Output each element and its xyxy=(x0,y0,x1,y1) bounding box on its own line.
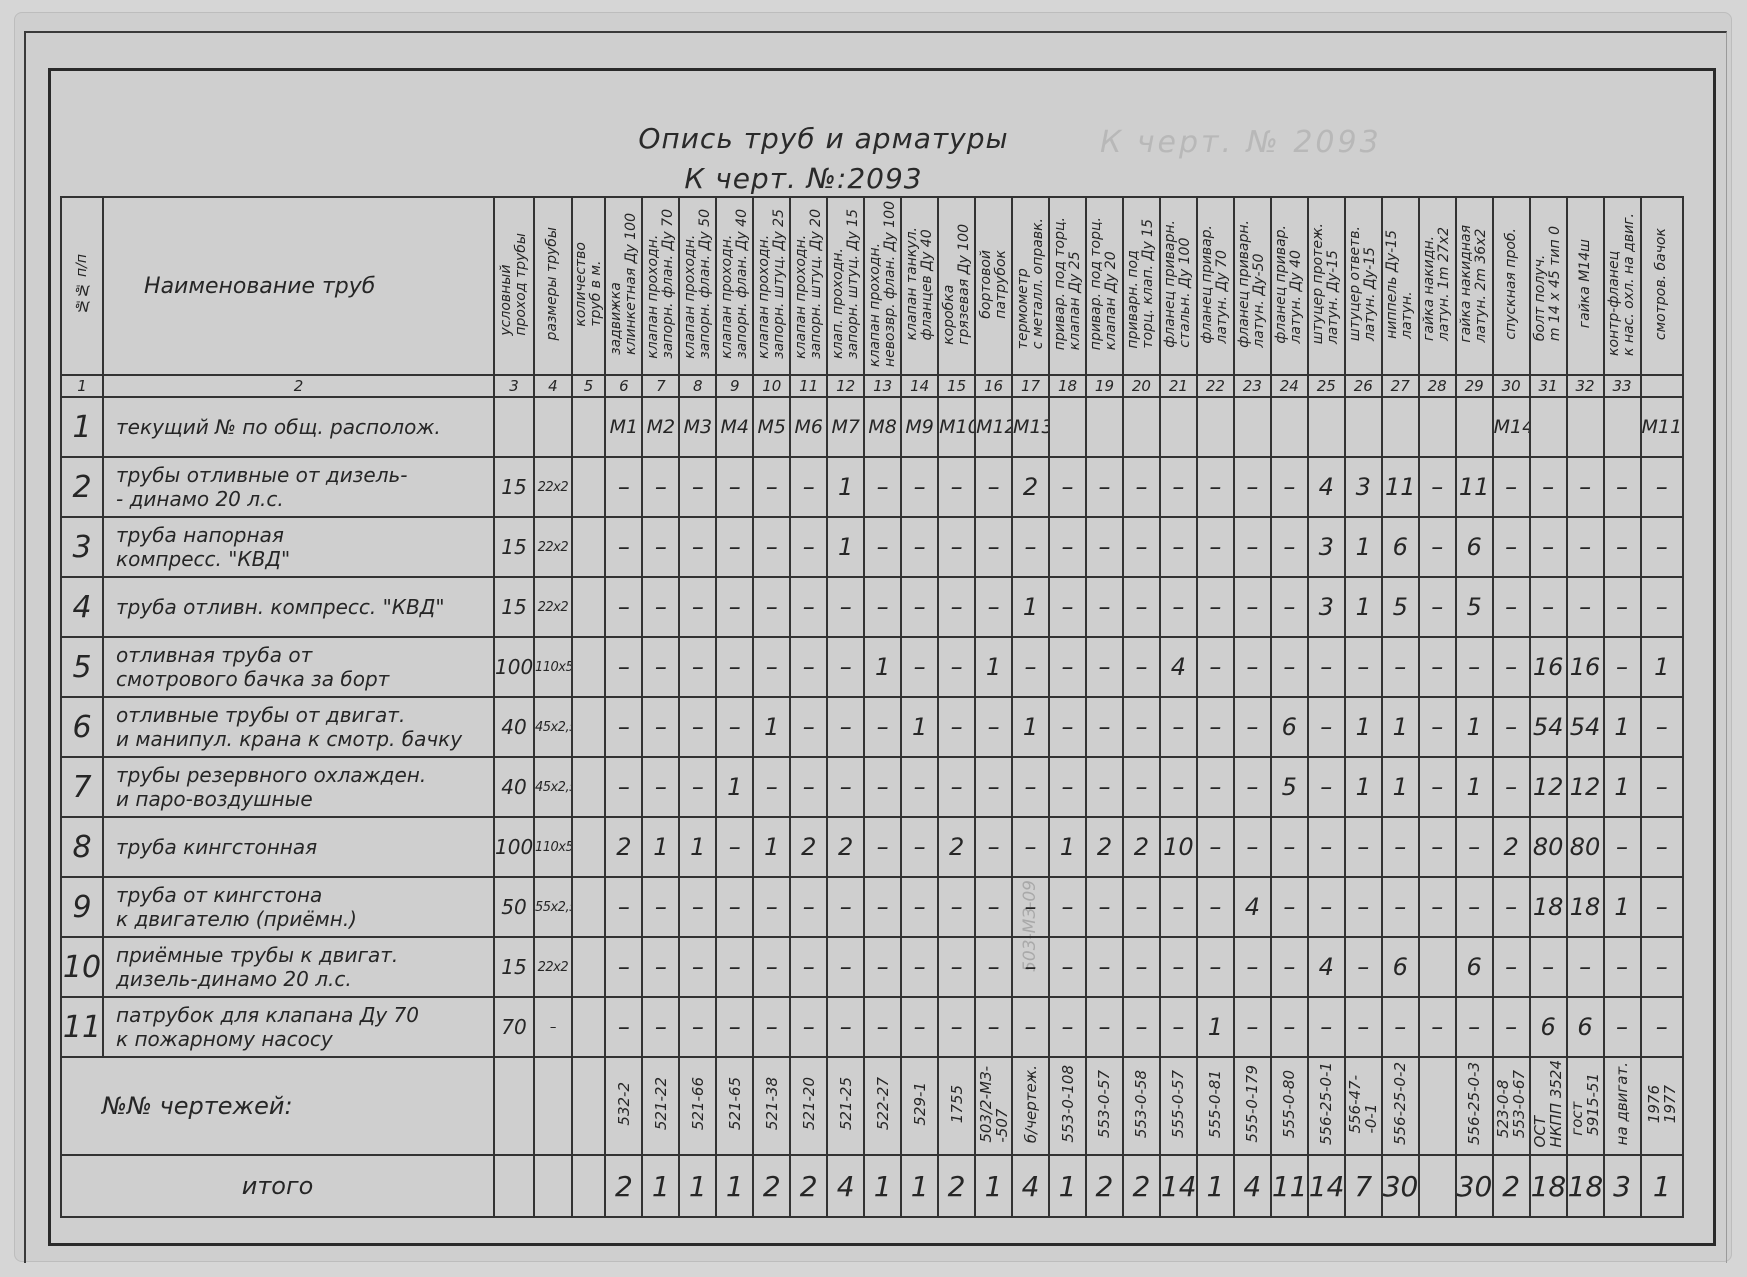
quantity-cell: 1 xyxy=(1012,697,1049,757)
quantity-cell: – xyxy=(716,817,753,877)
quantity-cell: – xyxy=(975,577,1012,637)
quantity-cell xyxy=(1456,397,1493,457)
vertical-header-text: ОСТ НКПП 3524 xyxy=(1532,1060,1564,1147)
total-cell: 14 xyxy=(1308,1155,1345,1217)
quantity-cell: – xyxy=(1012,757,1049,817)
quantity-cell: – xyxy=(864,937,901,997)
quantity-cell: – xyxy=(1123,457,1160,517)
pipe-length xyxy=(572,577,606,637)
quantity-cell: – xyxy=(938,877,975,937)
quantity-cell: – xyxy=(1086,997,1123,1057)
quantity-cell: M10 xyxy=(938,397,975,457)
nominal-bore: 40 xyxy=(494,697,534,757)
column-number: 16 xyxy=(975,375,1012,397)
drawing-number-cell: 553-0-108 xyxy=(1049,1057,1086,1155)
quantity-cell: – xyxy=(1049,637,1086,697)
quantity-cell: – xyxy=(1123,757,1160,817)
header-column: клапан проходн. запорн. штуц. Ду 25 xyxy=(753,197,790,375)
quantity-cell: – xyxy=(1012,877,1049,937)
table-row: 2трубы отливные от дизель- - динамо 20 л… xyxy=(61,457,1683,517)
header-column: клапан проходн. запорн. штуц. Ду 20 xyxy=(790,197,827,375)
quantity-cell: 80 xyxy=(1567,817,1604,877)
drawing-number-cell: 556-25-0-3 xyxy=(1456,1057,1493,1155)
quantity-cell xyxy=(1234,397,1271,457)
quantity-cell: – xyxy=(790,697,827,757)
quantity-cell: – xyxy=(605,577,642,637)
quantity-cell: – xyxy=(1086,637,1123,697)
vertical-header-text: 521-38 xyxy=(764,1077,780,1130)
vertical-header-text: гост 5915-51 xyxy=(1569,1073,1601,1136)
quantity-cell: – xyxy=(1197,877,1234,937)
quantity-cell: – xyxy=(1308,877,1345,937)
quantity-cell xyxy=(1567,397,1604,457)
quantity-cell xyxy=(1123,397,1160,457)
row-name: труба отливн. компресс. "КВД" xyxy=(103,577,494,637)
quantity-cell: – xyxy=(975,997,1012,1057)
vertical-header-text: привар. под торц. клапан Ду 25 xyxy=(1053,217,1083,350)
quantity-cell: – xyxy=(1197,457,1234,517)
quantity-cell: – xyxy=(1419,997,1456,1057)
vertical-header-text: б/чертеж. xyxy=(1023,1065,1039,1143)
column-number: 27 xyxy=(1382,375,1419,397)
vertical-header-text: бортовой патрубок xyxy=(979,250,1009,319)
quantity-cell xyxy=(1197,397,1234,457)
quantity-cell: 1 xyxy=(1604,697,1641,757)
quantity-cell: 1 xyxy=(1604,877,1641,937)
quantity-cell: – xyxy=(679,877,716,937)
quantity-cell: – xyxy=(605,877,642,937)
quantity-cell: – xyxy=(827,697,864,757)
drawing-number-cell: 555-0-57 xyxy=(1160,1057,1197,1155)
vertical-header-text: количество труб в м. xyxy=(574,242,604,327)
quantity-cell: – xyxy=(901,937,938,997)
vertical-header-text: смотров. бачок xyxy=(1654,228,1669,340)
quantity-cell: – xyxy=(901,757,938,817)
column-number: 28 xyxy=(1419,375,1456,397)
quantity-cell: 18 xyxy=(1567,877,1604,937)
header-column: гайка М14ш xyxy=(1567,197,1604,375)
quantity-cell: – xyxy=(901,817,938,877)
row-number: 3 xyxy=(61,517,103,577)
drawing-number-cell xyxy=(1419,1057,1456,1155)
quantity-cell: – xyxy=(1049,877,1086,937)
header-column: гайка накидная латун. 2m 36x2 xyxy=(1456,197,1493,375)
quantity-cell: – xyxy=(827,937,864,997)
quantity-cell: – xyxy=(1382,997,1419,1057)
quantity-cell: – xyxy=(1271,937,1308,997)
vertical-header-text: фланец привар. латун. Ду 70 xyxy=(1200,225,1230,344)
quantity-cell: – xyxy=(1567,937,1604,997)
header-column: условный проход трубы xyxy=(494,197,534,375)
column-number: 2 xyxy=(103,375,494,397)
total-cell: 2 xyxy=(753,1155,790,1217)
vertical-header-text: 555-0-81 xyxy=(1207,1070,1223,1138)
vertical-header-text: клапан танкул. фланцев Ду 40 xyxy=(905,227,935,340)
quantity-cell: 1 xyxy=(1049,817,1086,877)
quantity-cell: – xyxy=(679,757,716,817)
quantity-cell: – xyxy=(1530,577,1567,637)
quantity-cell xyxy=(1604,397,1641,457)
row-number: 1 xyxy=(61,397,103,457)
quantity-cell: – xyxy=(790,997,827,1057)
quantity-cell xyxy=(1419,937,1456,997)
vertical-header-text: 521-20 xyxy=(801,1077,817,1130)
quantity-cell: 3 xyxy=(1308,577,1345,637)
quantity-cell: – xyxy=(1160,697,1197,757)
vertical-header-text: клапан проходн. запорн. штуц. Ду 20 xyxy=(794,209,824,359)
quantity-cell: – xyxy=(716,637,753,697)
quantity-cell: – xyxy=(679,637,716,697)
quantity-cell: 1 xyxy=(642,817,679,877)
quantity-cell: 6 xyxy=(1530,997,1567,1057)
quantity-cell: 1 xyxy=(716,757,753,817)
total-cell: 7 xyxy=(1345,1155,1382,1217)
column-number: 8 xyxy=(679,375,716,397)
quantity-cell: – xyxy=(716,997,753,1057)
quantity-cell: – xyxy=(975,517,1012,577)
quantity-cell: – xyxy=(716,577,753,637)
quantity-cell: – xyxy=(1234,697,1271,757)
row-name: патрубок для клапана Ду 70 к пожарному н… xyxy=(103,997,494,1057)
quantity-cell: – xyxy=(864,457,901,517)
drawing-number-cell: 532-2 xyxy=(605,1057,642,1155)
column-number: 29 xyxy=(1456,375,1493,397)
quantity-cell: – xyxy=(1160,997,1197,1057)
quantity-cell: – xyxy=(1345,997,1382,1057)
pipe-size: 110x5 xyxy=(534,817,572,877)
column-number xyxy=(1641,375,1683,397)
vertical-header-text: гайка накидная латун. 2m 36x2 xyxy=(1459,225,1489,343)
header-column: приварн. под торц. клап. Ду 15 xyxy=(1123,197,1160,375)
quantity-cell: 6 xyxy=(1456,937,1493,997)
quantity-cell: – xyxy=(1419,517,1456,577)
quantity-cell: – xyxy=(827,877,864,937)
pipe-length xyxy=(572,877,606,937)
vertical-header-text: фланец приварн. латун. Ду-50 xyxy=(1237,220,1267,348)
vertical-header-text: размеры трубы xyxy=(545,227,560,341)
quantity-cell: 2 xyxy=(1086,817,1123,877)
row-number: 7 xyxy=(61,757,103,817)
vertical-header-text: 555-0-57 xyxy=(1170,1070,1186,1138)
column-number: 7 xyxy=(642,375,679,397)
total-cell: 1 xyxy=(1197,1155,1234,1217)
pipe-size: 55x2,5 xyxy=(534,877,572,937)
total-cell: 14 xyxy=(1160,1155,1197,1217)
quantity-cell: – xyxy=(1456,637,1493,697)
quantity-cell: M5 xyxy=(753,397,790,457)
quantity-cell xyxy=(1049,397,1086,457)
row-number: 8 xyxy=(61,817,103,877)
quantity-cell: 10 xyxy=(1160,817,1197,877)
table-row: 5отливная труба от смотрового бачка за б… xyxy=(61,637,1683,697)
quantity-cell: – xyxy=(1086,757,1123,817)
row-name: труба напорная компресс. "КВД" xyxy=(103,517,494,577)
quantity-cell: 1 xyxy=(975,637,1012,697)
quantity-cell: – xyxy=(938,517,975,577)
pipe-length xyxy=(572,817,606,877)
vertical-header-text: гайка М14ш xyxy=(1578,239,1593,328)
quantity-cell: – xyxy=(716,517,753,577)
quantity-cell: 1 xyxy=(1456,757,1493,817)
vertical-header-text: штуцер протеж. латун. Ду-15 xyxy=(1311,223,1341,344)
header-column: болт получ. m 14 x 45 тип 0 xyxy=(1530,197,1567,375)
quantity-cell: 6 xyxy=(1271,697,1308,757)
table-row: 1текущий № по общ. располож.M1M2M3M4M5M6… xyxy=(61,397,1683,457)
quantity-cell: – xyxy=(938,997,975,1057)
table-row: 4труба отливн. компресс. "КВД"1522x2––––… xyxy=(61,577,1683,637)
quantity-cell: 5 xyxy=(1456,577,1493,637)
quantity-cell: – xyxy=(975,937,1012,997)
quantity-cell: – xyxy=(1419,817,1456,877)
quantity-cell: – xyxy=(790,577,827,637)
pipe-size: 22x2 xyxy=(534,457,572,517)
column-number: 17 xyxy=(1012,375,1049,397)
quantity-cell: – xyxy=(975,817,1012,877)
quantity-cell: 1 xyxy=(1345,577,1382,637)
pipe-length xyxy=(572,757,606,817)
quantity-cell: – xyxy=(1641,757,1683,817)
quantity-cell: – xyxy=(1197,817,1234,877)
quantity-cell: – xyxy=(1123,517,1160,577)
quantity-cell: 18 xyxy=(1530,877,1567,937)
header-column: размеры трубы xyxy=(534,197,572,375)
quantity-cell: – xyxy=(753,937,790,997)
vertical-header-text: гайка накидн. латун. 1m 27x2 xyxy=(1422,227,1452,341)
quantity-cell: – xyxy=(975,877,1012,937)
header-column: штуцер протеж. латун. Ду-15 xyxy=(1308,197,1345,375)
column-number: 24 xyxy=(1271,375,1308,397)
quantity-cell: – xyxy=(1641,697,1683,757)
quantity-cell: – xyxy=(1604,997,1641,1057)
pipe-size: 45x2,5 xyxy=(534,697,572,757)
total-cell: 2 xyxy=(605,1155,642,1217)
vertical-header-text: 1755 xyxy=(949,1085,965,1123)
quantity-cell: – xyxy=(790,877,827,937)
row-number: 10 xyxy=(61,937,103,997)
quantity-cell: – xyxy=(1345,937,1382,997)
quantity-cell: – xyxy=(753,757,790,817)
quantity-cell: 2 xyxy=(938,817,975,877)
quantity-cell: – xyxy=(1308,997,1345,1057)
quantity-cell: – xyxy=(605,517,642,577)
vertical-header-text: 532-2 xyxy=(616,1082,632,1126)
quantity-cell: – xyxy=(1234,457,1271,517)
quantity-cell: – xyxy=(1086,457,1123,517)
pipe-length xyxy=(572,457,606,517)
quantity-cell: – xyxy=(605,697,642,757)
quantity-cell: 1 xyxy=(864,637,901,697)
quantity-cell: – xyxy=(864,517,901,577)
vertical-header-text: болт получ. m 14 x 45 тип 0 xyxy=(1533,226,1563,341)
quantity-cell: – xyxy=(1382,877,1419,937)
header-column: клапан проходн. запорн. флан. Ду 70 xyxy=(642,197,679,375)
vertical-header-text: 556-47- -0-1 xyxy=(1347,1075,1379,1134)
quantity-cell: – xyxy=(1567,457,1604,517)
quantity-cell: – xyxy=(1419,757,1456,817)
vertical-header-text: на двигат. xyxy=(1614,1062,1630,1145)
quantity-cell: – xyxy=(1197,757,1234,817)
table-row: 6отливные трубы от двигат. и манипул. кр… xyxy=(61,697,1683,757)
quantity-cell: 4 xyxy=(1160,637,1197,697)
table-row: 11патрубок для клапана Ду 70 к пожарному… xyxy=(61,997,1683,1057)
header-column: ниппель Ду-15 латун. xyxy=(1382,197,1419,375)
quantity-cell: – xyxy=(1123,697,1160,757)
drawing-number-cell: 553-0-57 xyxy=(1086,1057,1123,1155)
vertical-header-text: 529-1 xyxy=(912,1082,928,1126)
nominal-bore: 15 xyxy=(494,577,534,637)
quantity-cell: – xyxy=(1382,817,1419,877)
header-column: клапан проходн. невозвр. флан. Ду 100 xyxy=(864,197,901,375)
quantity-cell: – xyxy=(1493,697,1530,757)
quantity-cell: 54 xyxy=(1530,697,1567,757)
quantity-cell: – xyxy=(827,577,864,637)
total-cell: 2 xyxy=(938,1155,975,1217)
vertical-header-text: 553-0-58 xyxy=(1133,1070,1149,1138)
empty-cell xyxy=(572,1155,606,1217)
quantity-cell: 2 xyxy=(1493,817,1530,877)
row-name: трубы резервного охлажден. и паро-воздуш… xyxy=(103,757,494,817)
header-column: бортовой патрубок xyxy=(975,197,1012,375)
row-name: приёмные трубы к двигат. дизель-динамо 2… xyxy=(103,937,494,997)
quantity-cell: – xyxy=(864,817,901,877)
vertical-header-text: 553-0-108 xyxy=(1060,1065,1076,1143)
quantity-cell: – xyxy=(1012,997,1049,1057)
quantity-cell: – xyxy=(1234,637,1271,697)
drawing-number-cell: 553-0-58 xyxy=(1123,1057,1160,1155)
empty-cell xyxy=(494,1057,534,1155)
quantity-cell: – xyxy=(1012,937,1049,997)
header-row-no: №№ п/п xyxy=(61,197,103,375)
column-number: 14 xyxy=(901,375,938,397)
quantity-cell: 4 xyxy=(1308,937,1345,997)
quantity-cell: – xyxy=(864,577,901,637)
header-column: смотров. бачок xyxy=(1641,197,1683,375)
quantity-cell: – xyxy=(790,517,827,577)
quantity-cell: 16 xyxy=(1530,637,1567,697)
totals-label: итого xyxy=(61,1155,494,1217)
quantity-cell xyxy=(1382,397,1419,457)
vertical-header-text: 555-0-179 xyxy=(1244,1065,1260,1143)
quantity-cell: M11 xyxy=(1641,397,1683,457)
quantity-cell: – xyxy=(1086,937,1123,997)
quantity-cell: – xyxy=(1641,997,1683,1057)
quantity-cell: – xyxy=(864,697,901,757)
quantity-cell: – xyxy=(605,997,642,1057)
quantity-cell: 1 xyxy=(753,697,790,757)
quantity-cell: – xyxy=(790,757,827,817)
drawing-number-cell: 503/2-МЗ- -507 xyxy=(975,1057,1012,1155)
header-row: №№ п/пНаименование трубусловный проход т… xyxy=(61,197,1683,375)
quantity-cell: – xyxy=(1123,877,1160,937)
quantity-cell: – xyxy=(1530,517,1567,577)
quantity-cell: 4 xyxy=(1234,877,1271,937)
quantity-cell: – xyxy=(1049,757,1086,817)
column-number: 21 xyxy=(1160,375,1197,397)
quantity-cell: – xyxy=(642,937,679,997)
quantity-cell: – xyxy=(679,457,716,517)
quantity-cell: M13 xyxy=(1012,397,1049,457)
vertical-header-text: 522-27 xyxy=(875,1077,891,1130)
vertical-header-text: 523-0-8 553-0-67 xyxy=(1495,1070,1527,1138)
quantity-cell: – xyxy=(1493,577,1530,637)
quantity-cell: – xyxy=(1086,877,1123,937)
quantity-cell: – xyxy=(864,757,901,817)
pipe-length xyxy=(572,637,606,697)
quantity-cell: – xyxy=(1493,637,1530,697)
quantity-cell: – xyxy=(753,517,790,577)
drawing-number-cell: 1755 xyxy=(938,1057,975,1155)
quantity-cell: – xyxy=(1049,997,1086,1057)
column-number: 4 xyxy=(534,375,572,397)
totals-row: итого21112241121412214141114730302186186… xyxy=(61,1155,1683,1217)
quantity-cell: M3 xyxy=(679,397,716,457)
quantity-cell: – xyxy=(1530,937,1567,997)
column-number: 13 xyxy=(864,375,901,397)
quantity-cell: – xyxy=(1567,517,1604,577)
vertical-header-text: клапан проходн. запорн. штуц. Ду 25 xyxy=(757,209,787,359)
quantity-cell: 80 xyxy=(1530,817,1567,877)
quantity-cell: – xyxy=(938,757,975,817)
quantity-cell: – xyxy=(679,997,716,1057)
empty-cell xyxy=(572,1057,606,1155)
row-name: отливные трубы от двигат. и манипул. кра… xyxy=(103,697,494,757)
quantity-cell: – xyxy=(1197,577,1234,637)
quantity-cell: 1 xyxy=(1345,697,1382,757)
quantity-cell: 2 xyxy=(827,817,864,877)
vertical-header-text: клап. проходн. запорн. штуц. Ду 15 xyxy=(831,209,861,359)
nominal-bore: 15 xyxy=(494,937,534,997)
quantity-cell: – xyxy=(753,877,790,937)
nominal-bore: 70 xyxy=(494,997,534,1057)
quantity-cell: – xyxy=(1271,637,1308,697)
quantity-cell: – xyxy=(679,697,716,757)
quantity-cell xyxy=(1419,397,1456,457)
vertical-header-text: фланец приварн. стальн. Ду 100 xyxy=(1163,220,1193,348)
header-column: фланец привар. латун. Ду 70 xyxy=(1197,197,1234,375)
quantity-cell: – xyxy=(1012,517,1049,577)
drawing-number-cell: 555-0-179 xyxy=(1234,1057,1271,1155)
vertical-header-text: 521-25 xyxy=(838,1077,854,1130)
quantity-cell: 1 xyxy=(827,457,864,517)
quantity-cell: 2 xyxy=(605,817,642,877)
quantity-cell: – xyxy=(1530,457,1567,517)
nominal-bore: 100 xyxy=(494,817,534,877)
quantity-cell: – xyxy=(753,997,790,1057)
quantity-cell xyxy=(1160,397,1197,457)
quantity-cell: – xyxy=(1160,517,1197,577)
quantity-cell: 2 xyxy=(1123,817,1160,877)
row-name: трубы отливные от дизель- - динамо 20 л.… xyxy=(103,457,494,517)
quantity-cell: M7 xyxy=(827,397,864,457)
header-column: клапан танкул. фланцев Ду 40 xyxy=(901,197,938,375)
vertical-header-text: коробка грязевая Ду 100 xyxy=(942,224,972,345)
quantity-cell: – xyxy=(1345,877,1382,937)
quantity-cell: – xyxy=(1604,457,1641,517)
quantity-cell: 6 xyxy=(1567,997,1604,1057)
total-cell: 2 xyxy=(1123,1155,1160,1217)
quantity-cell: – xyxy=(1271,877,1308,937)
quantity-cell: – xyxy=(642,577,679,637)
quantity-cell: – xyxy=(790,457,827,517)
drawing-number-cell: 529-1 xyxy=(901,1057,938,1155)
quantity-cell: – xyxy=(642,457,679,517)
quantity-cell: – xyxy=(1604,577,1641,637)
column-number: 18 xyxy=(1049,375,1086,397)
total-cell: 1 xyxy=(864,1155,901,1217)
drawing-number-cell: 521-22 xyxy=(642,1057,679,1155)
vertical-header-text: 556-25-0-3 xyxy=(1466,1062,1482,1145)
quantity-cell: – xyxy=(1345,637,1382,697)
